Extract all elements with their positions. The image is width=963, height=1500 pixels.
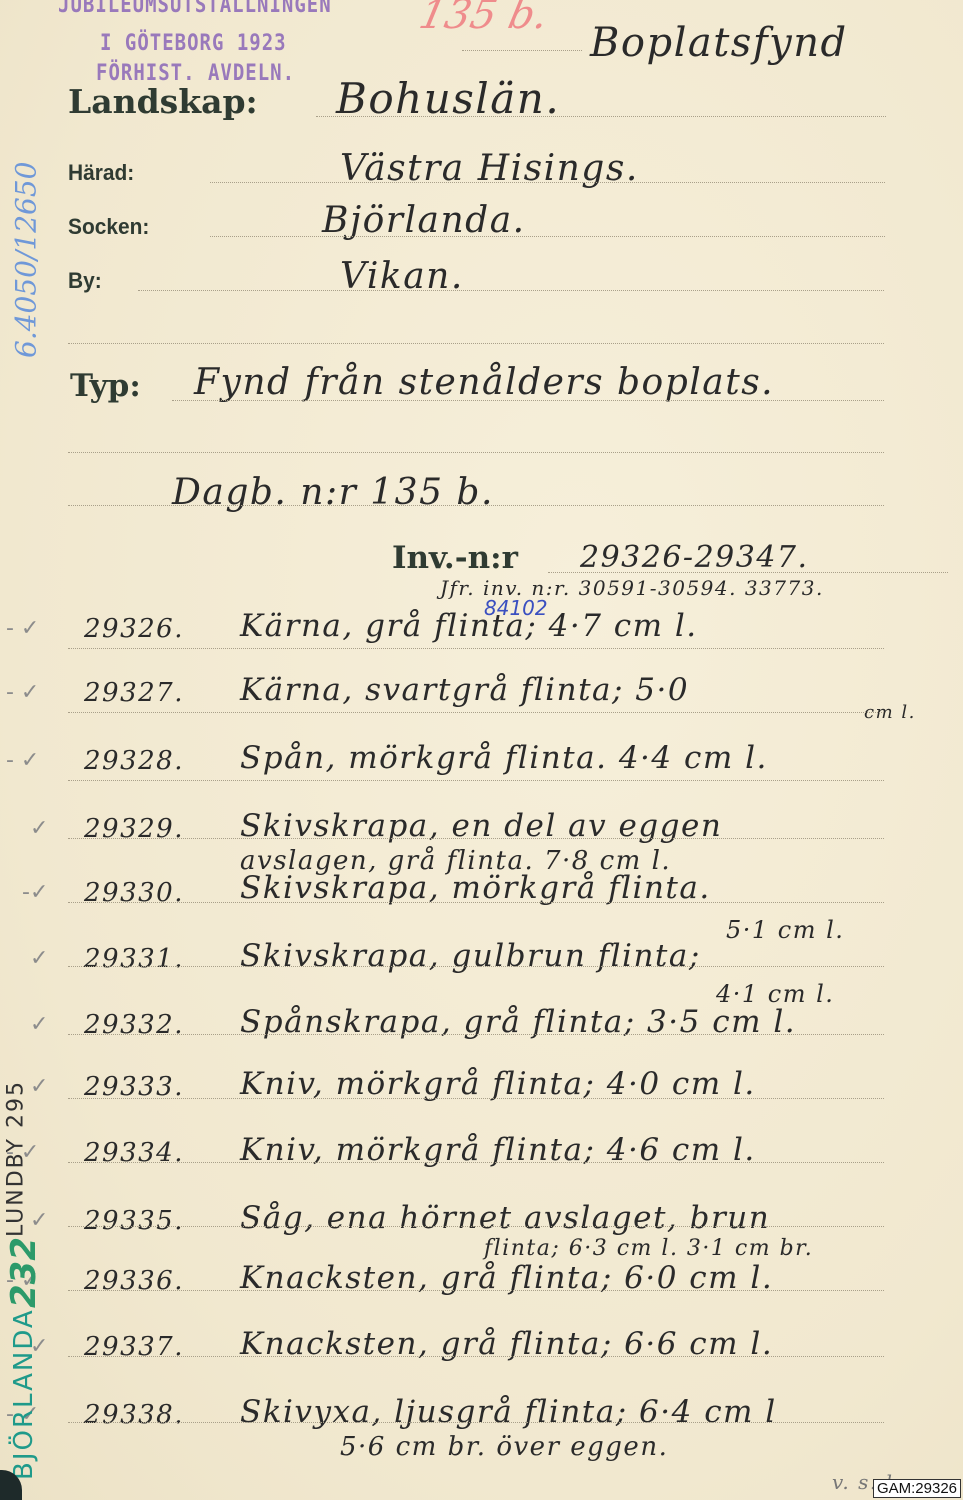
exhibition-stamp: JUBILEUMSUTSTÄLLNINGEN — [58, 0, 332, 18]
item-number: 29327. — [84, 678, 184, 708]
item-rule — [68, 1290, 884, 1291]
landskap-label: Landskap: — [68, 82, 258, 121]
dagbok-number: Dagb. n:r 135 b. — [172, 472, 494, 513]
check-mark: - ✓ — [6, 680, 39, 705]
item-rule — [68, 966, 884, 967]
item-continuation: flinta; 6·3 cm l. 3·1 cm br. — [484, 1236, 813, 1261]
stamp-line-2: I GÖTEBORG 1923 — [100, 30, 287, 55]
blank-rule-1 — [68, 343, 884, 344]
item-rule — [68, 838, 884, 839]
typ-label: Typ: — [70, 368, 141, 404]
item-rule — [68, 1162, 884, 1163]
item-description: Spån, mörkgrå flinta. 4·4 cm l. — [240, 740, 768, 776]
harad-label: Härad: — [68, 160, 134, 186]
check-mark: -✓ — [22, 880, 48, 905]
item-rule — [68, 902, 884, 903]
item-number: 29329. — [84, 814, 184, 844]
item-number: 29330. — [84, 878, 184, 908]
item-description: Skivyxa, ljusgrå flinta; 6·4 cm l — [240, 1394, 777, 1430]
item-rule — [68, 712, 884, 713]
check-mark: - ✓ — [6, 748, 39, 773]
item-measurement: 5·1 cm l. — [726, 916, 844, 944]
margin-place-number: 232 — [4, 1237, 44, 1308]
red-annotation: 135 b. — [415, 0, 552, 38]
landskap-rule — [316, 116, 886, 117]
by-label: By: — [68, 268, 102, 294]
card-heading: Boplatsfynd — [590, 20, 848, 66]
item-rule — [68, 780, 884, 781]
item-number: 29338. — [84, 1400, 184, 1430]
inventory-rule — [548, 572, 948, 573]
inventory-label: Inv.-n:r — [392, 540, 518, 576]
locality-margin-note: BJÖRLANDA 232 LUNDBY 295 — [2, 920, 46, 1480]
socken-rule — [210, 236, 885, 237]
item-number: 29337. — [84, 1332, 184, 1362]
item-rule — [68, 1226, 884, 1227]
harad-rule — [210, 182, 885, 183]
item-description: Såg, ena hörnet avslaget, brun — [240, 1200, 770, 1236]
margin-place-name: BJÖRLANDA — [9, 1308, 39, 1480]
item-number: 29336. — [84, 1266, 184, 1296]
check-mark: ✓ — [30, 816, 48, 841]
item-rule — [68, 1356, 884, 1357]
item-number: 29331. — [84, 944, 184, 974]
item-number: 29335. — [84, 1206, 184, 1236]
item-description: Skivskrapa, gulbrun flinta; — [240, 938, 701, 974]
check-mark: - ✓ — [6, 616, 39, 641]
item-rule — [68, 1422, 884, 1423]
item-continuation: 5·6 cm br. över eggen. — [340, 1432, 668, 1462]
item-description: Kärna, grå flinta; 4·7 cm l. — [240, 608, 698, 644]
by-rule — [138, 290, 884, 291]
item-rule — [68, 1034, 884, 1035]
item-description: Kärna, svartgrå flinta; 5·0 — [240, 672, 689, 708]
stamp-line-1: JUBILEUMSUTSTÄLLNINGEN — [58, 0, 332, 18]
inventory-range: 29326-29347. — [580, 540, 809, 575]
socken-value: Björlanda. — [322, 200, 526, 241]
item-description: Skivskrapa, mörkgrå flinta. — [240, 870, 711, 906]
item-number: 29328. — [84, 746, 184, 776]
item-rule — [68, 648, 884, 649]
item-number: 29334. — [84, 1138, 184, 1168]
item-rule — [68, 1098, 884, 1099]
item-description: Kniv, mörkgrå flinta; 4·0 cm l. — [240, 1066, 756, 1102]
item-number: 29332. — [84, 1010, 184, 1040]
socken-label: Socken: — [68, 214, 149, 240]
heading-rule — [462, 50, 582, 51]
dagbok-rule — [68, 505, 884, 506]
typ-rule — [172, 400, 884, 401]
blank-rule-2 — [68, 452, 884, 453]
typ-value: Fynd från stenålders boplats. — [194, 362, 774, 403]
catalog-id-badge: GAM:29326 — [873, 1479, 961, 1498]
item-number: 29326. — [84, 614, 184, 644]
margin-lundby-ref: LUNDBY 295 — [4, 1080, 29, 1237]
blue-margin-note: 6.4050/12650 — [6, 90, 46, 430]
